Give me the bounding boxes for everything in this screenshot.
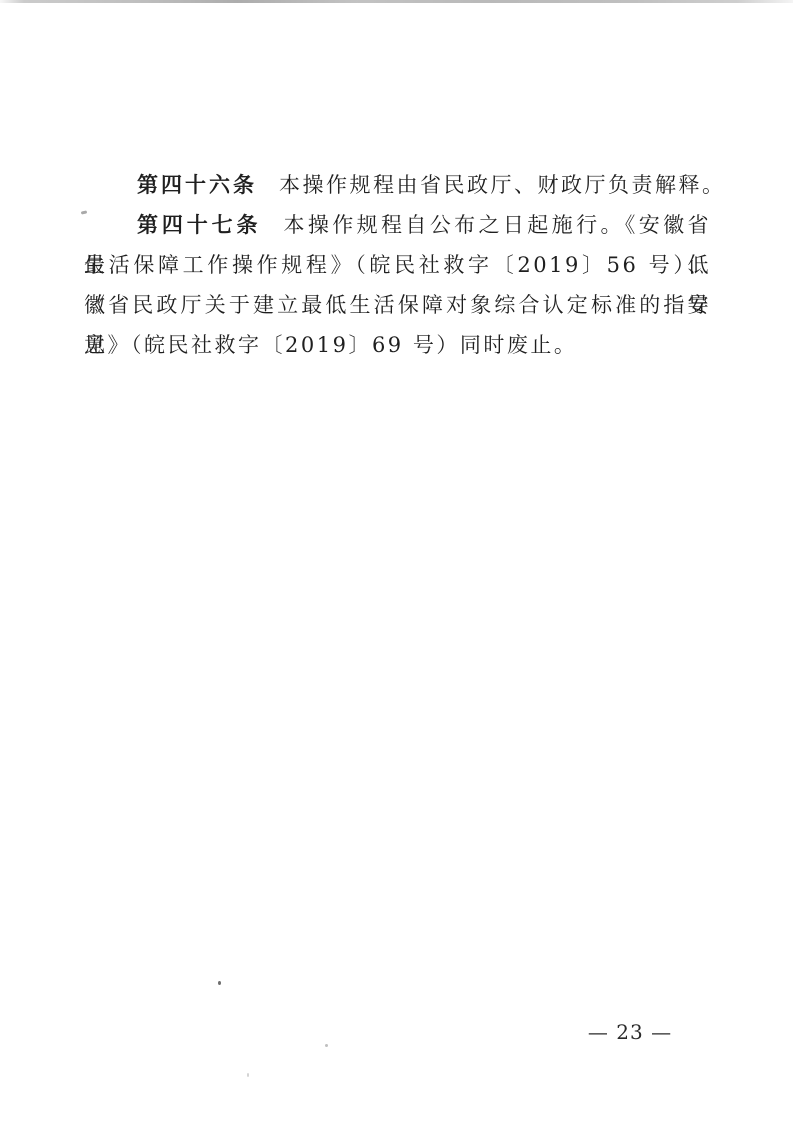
scan-speck <box>247 1073 249 1077</box>
article-47-line-3: 徽省民政厅关于建立最低生活保障对象综合认定标准的指导意 <box>84 285 711 325</box>
article-47-line-2: 生活保障工作操作规程》（皖民社救字〔2019〕56 号）、《安 <box>84 245 711 285</box>
article-46-text: 本操作规程由省民政厅、财政厅负责解释。 <box>279 173 726 197</box>
article-47-text-4: 见》（皖民社救字〔2019〕69 号）同时废止。 <box>84 333 577 357</box>
scan-speck <box>218 981 221 985</box>
article-47-line-4: 见》（皖民社救字〔2019〕69 号）同时废止。 <box>84 325 711 365</box>
scanned-document-page: { "document": { "lines": [ { "term": "第四… <box>0 0 793 1121</box>
article-46-number: 第四十六条 <box>137 172 257 197</box>
scan-edge-artifact <box>0 0 793 3</box>
article-47-number: 第四十七条 <box>137 212 261 237</box>
article-46-line: 第四十六条本操作规程由省民政厅、财政厅负责解释。 <box>84 165 711 205</box>
document-body: 第四十六条本操作规程由省民政厅、财政厅负责解释。 第四十七条本操作规程自公布之日… <box>84 165 711 365</box>
page-number: — 23 — <box>560 1014 700 1050</box>
article-47-line-1: 第四十七条本操作规程自公布之日起施行。《安徽省最低 <box>84 205 711 245</box>
scan-speck <box>325 1044 328 1047</box>
